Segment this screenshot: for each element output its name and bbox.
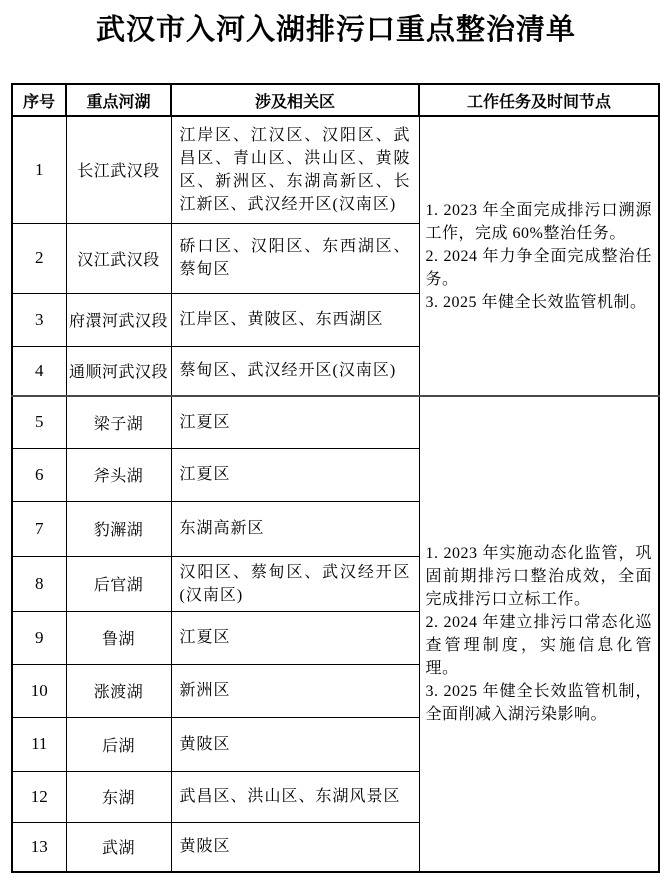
cell-districts: 蔡甸区、武汉经开区(汉南区) (171, 346, 419, 396)
cell-river-lake: 后官湖 (66, 556, 171, 611)
cell-river-lake: 武湖 (66, 822, 171, 872)
cell-river-lake: 涨渡湖 (66, 664, 171, 717)
header-river-lake: 重点河湖 (66, 84, 171, 116)
cell-index: 11 (12, 717, 66, 771)
cell-districts: 江夏区 (171, 448, 419, 501)
table-row: 5 梁子湖 江夏区 1. 2023 年实施动态化监管，巩固前期排污口整治成效，全… (12, 396, 659, 448)
header-index: 序号 (12, 84, 66, 116)
cell-index: 2 (12, 223, 66, 293)
cell-districts: 硚口区、汉阳区、东西湖区、蔡甸区 (171, 223, 419, 293)
cell-river-lake: 鲁湖 (66, 611, 171, 664)
cell-river-lake: 汉江武汉段 (66, 223, 171, 293)
cell-index: 9 (12, 611, 66, 664)
cell-index: 3 (12, 293, 66, 346)
cell-districts: 江夏区 (171, 611, 419, 664)
cell-river-lake: 长江武汉段 (66, 116, 171, 223)
cell-river-lake: 后湖 (66, 717, 171, 771)
cell-index: 5 (12, 396, 66, 448)
cell-districts: 汉阳区、蔡甸区、武汉经开区(汉南区) (171, 556, 419, 611)
cell-districts: 新洲区 (171, 664, 419, 717)
cell-districts: 东湖高新区 (171, 501, 419, 556)
cell-districts: 江夏区 (171, 396, 419, 448)
cell-districts: 黄陂区 (171, 822, 419, 872)
cell-index: 7 (12, 501, 66, 556)
header-tasks: 工作任务及时间节点 (419, 84, 659, 116)
cell-tasks-lakes: 1. 2023 年实施动态化监管，巩固前期排污口整治成效，全面完成排污口立标工作… (419, 396, 659, 872)
cell-districts: 江岸区、黄陂区、东西湖区 (171, 293, 419, 346)
cell-tasks-rivers: 1. 2023 年全面完成排污口溯源工作，完成 60%整治任务。 2. 2024… (419, 116, 659, 396)
page-title: 武汉市入河入湖排污口重点整治清单 (0, 0, 672, 48)
remediation-table: 序号 重点河湖 涉及相关区 工作任务及时间节点 1 长江武汉段 江岸区、江汉区、… (11, 83, 660, 873)
cell-river-lake: 通顺河武汉段 (66, 346, 171, 396)
cell-index: 4 (12, 346, 66, 396)
cell-index: 12 (12, 771, 66, 822)
cell-districts: 江岸区、江汉区、汉阳区、武昌区、青山区、洪山区、黄陂区、新洲区、东湖高新区、长江… (171, 116, 419, 223)
cell-river-lake: 豹澥湖 (66, 501, 171, 556)
cell-index: 10 (12, 664, 66, 717)
cell-districts: 武昌区、洪山区、东湖风景区 (171, 771, 419, 822)
header-districts: 涉及相关区 (171, 84, 419, 116)
cell-index: 6 (12, 448, 66, 501)
cell-river-lake: 梁子湖 (66, 396, 171, 448)
cell-river-lake: 东湖 (66, 771, 171, 822)
table-header-row: 序号 重点河湖 涉及相关区 工作任务及时间节点 (12, 84, 659, 116)
cell-index: 1 (12, 116, 66, 223)
table-row: 1 长江武汉段 江岸区、江汉区、汉阳区、武昌区、青山区、洪山区、黄陂区、新洲区、… (12, 116, 659, 223)
cell-districts: 黄陂区 (171, 717, 419, 771)
cell-river-lake: 府澴河武汉段 (66, 293, 171, 346)
cell-index: 8 (12, 556, 66, 611)
cell-river-lake: 斧头湖 (66, 448, 171, 501)
cell-index: 13 (12, 822, 66, 872)
document-page: 武汉市入河入湖排污口重点整治清单 序号 重点河湖 涉及相关区 工作任务及时间节点… (0, 0, 672, 880)
